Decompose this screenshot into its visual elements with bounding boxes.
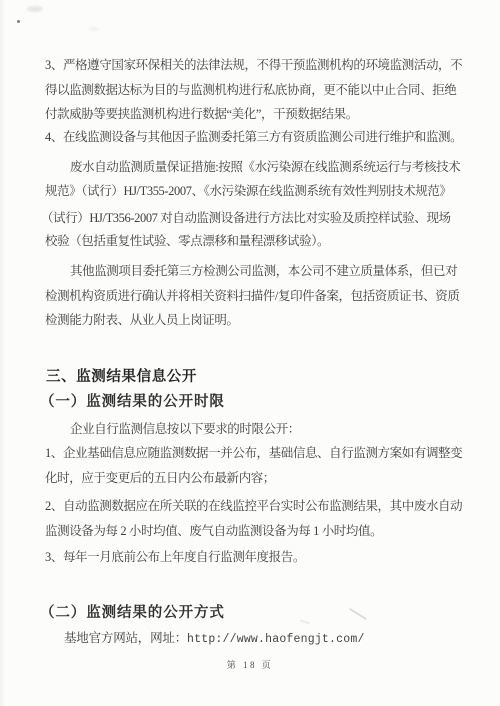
body-line: 3、每年一月底前公布上年度自行监测年度报告。 (45, 547, 305, 565)
scan-scratch (300, 619, 310, 624)
scan-smudge (88, 27, 99, 31)
subsection-heading-1: （一）监测结果的公开时限 (40, 390, 225, 411)
scan-smudge (27, 6, 43, 12)
body-line: 4、在线监测设备与其他因子监测委托第三方有资质监测公司进行维护和监测。 (45, 127, 462, 145)
website-url: http://www.haofengjt.com/ (187, 633, 365, 646)
body-line: 付款威胁等要挟监测机构进行数据“美化”，干预数据结果。 (45, 104, 358, 122)
body-line: 化时，应于变更后的五日内公布最新内容； (45, 468, 275, 486)
body-line: 其他监测项目委托第三方检测公司监测，本公司不建立质量体系，但已对 (70, 261, 457, 279)
subsection-heading-2: （二）监测结果的公开方式 (40, 601, 225, 622)
website-label: 基地官方网站，网址： (64, 631, 187, 645)
body-line: 得以监测数据达标为目的与监测机构进行私底协商，更不能以中止合同、拒绝 (45, 80, 456, 98)
body-line: 校验（包括重复性试验、零点漂移和量程漂移试验）。 (45, 231, 329, 249)
scan-speck (17, 20, 20, 23)
body-line: 规范》（试行）HJ/T355-2007、《水污染源在线监测系统有效性判别技术规范… (45, 181, 452, 199)
body-line: 废水自动监测质量保证措施:按照《水污染源在线监测系统运行与考核技术 (70, 157, 460, 175)
page-number: 第 18 页 (0, 658, 500, 671)
body-line: 3、严格遵守国家环保相关的法律法规，不得干预监测机构的环境监测活动，不 (45, 55, 462, 73)
scanned-document-page: 3、严格遵守国家环保相关的法律法规，不得干预监测机构的环境监测活动，不 得以监测… (0, 0, 500, 706)
scan-edge-shadow (0, 0, 5, 706)
section-heading-3: 三、监测结果信息公开 (46, 365, 197, 386)
body-line: 2、自动监测数据应在所关联的在线监控平台实时公布监测结果，其中废水自动 (45, 496, 462, 514)
body-line: 检测机构资质进行确认并将相关资料扫描件/复印件备案，包括资质证书、资质 (45, 286, 459, 304)
website-line: 基地官方网站，网址：http://www.haofengjt.com/ (64, 628, 365, 646)
body-line: 1、企业基础信息应随监测数据一并公布，基础信息、自行监测方案如有调整变 (45, 443, 462, 461)
body-line: 检测能力附表、从业人员上岗证明。 (45, 310, 239, 328)
body-line: （试行）HJ/T356-2007 对自动监测设备进行方法比对实验及质控样试验、现… (41, 208, 451, 226)
scan-scratch (349, 608, 367, 620)
body-line: 监测设备为每 2 小时均值、废气自动监测设备为每 1 小时均值。 (45, 521, 382, 539)
body-line: 企业自行监测信息按以下要求的时限公开： (70, 419, 300, 437)
